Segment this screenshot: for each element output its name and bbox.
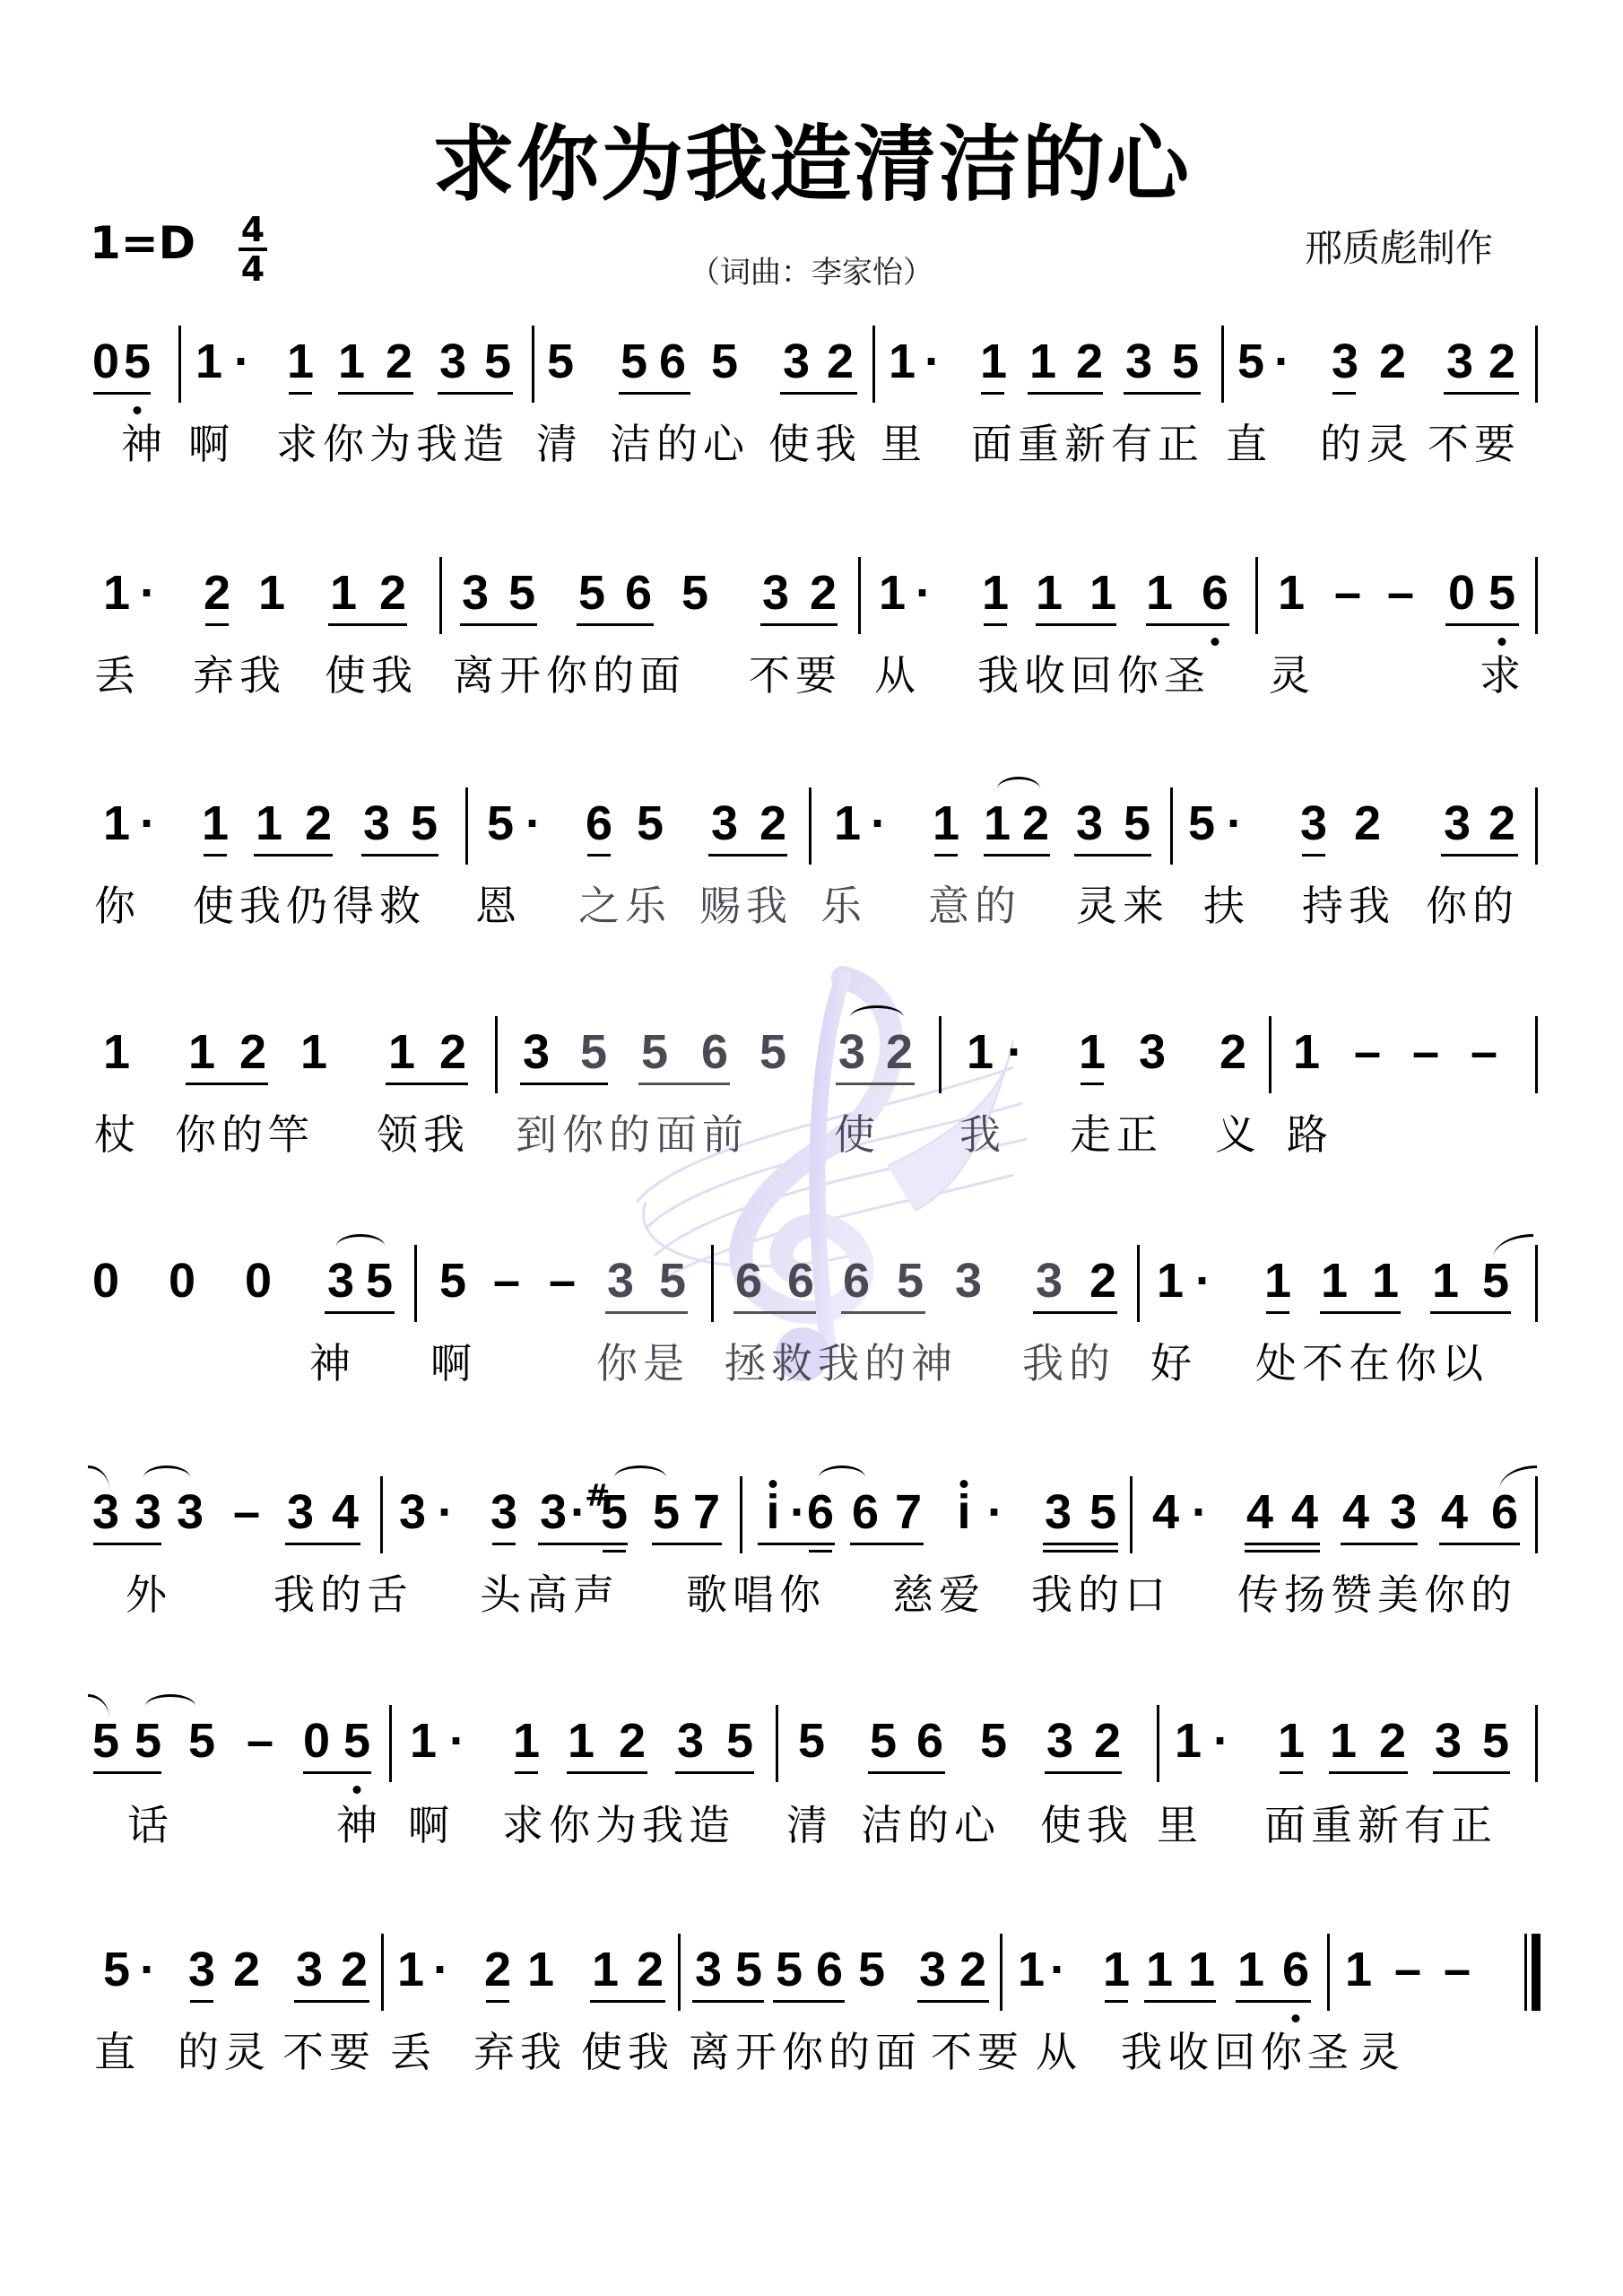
note: 3	[695, 1943, 722, 1996]
underline	[325, 1311, 395, 1314]
lyric: 求你为我造	[502, 1800, 735, 1850]
note: 3	[523, 1025, 550, 1079]
lyric: 丢	[390, 2027, 437, 2077]
note: 1	[1278, 566, 1305, 620]
lyric: 你是	[596, 1338, 690, 1388]
note: 1	[933, 796, 959, 850]
note: 6	[843, 1254, 870, 1308]
note: 5	[1482, 1714, 1509, 1768]
note: 2	[1089, 1254, 1116, 1308]
barline	[1535, 1705, 1538, 1782]
note: 3	[327, 1254, 354, 1308]
dot: ·	[140, 566, 156, 620]
note: 1	[1175, 1714, 1202, 1768]
underline	[1245, 1543, 1320, 1545]
barline	[178, 326, 181, 403]
note: 1	[1188, 1943, 1215, 1996]
note: 5	[188, 1714, 215, 1768]
lyric: 外	[126, 1570, 172, 1620]
note: 5	[637, 796, 664, 850]
note: 5	[124, 335, 151, 388]
dot: ·	[987, 1485, 1003, 1539]
dash: –	[493, 1254, 520, 1308]
underline	[460, 623, 537, 626]
underline	[984, 623, 1007, 626]
note: 5	[681, 566, 708, 620]
note: 5	[759, 1025, 786, 1079]
underline	[538, 1543, 628, 1545]
note: 1	[1293, 1025, 1320, 1079]
double-underline	[1245, 1550, 1320, 1552]
lyric: 持我	[1302, 881, 1395, 931]
note: 1	[1264, 1254, 1291, 1308]
note: 0	[303, 1714, 330, 1768]
lyric: 灵	[1269, 650, 1315, 700]
barline	[1535, 326, 1538, 403]
note: 2	[827, 335, 854, 388]
note: 0	[92, 335, 119, 388]
score-row-4: 1 1 2 1 1 2 3 5 5 6 5 3 2 1 · 1 3 2 1 – …	[0, 1025, 1623, 1205]
underline	[515, 1771, 538, 1774]
note: 2	[810, 566, 837, 620]
lyric: 神	[336, 1800, 383, 1850]
lyric: 求你为我造	[276, 419, 509, 469]
note: 3	[607, 1254, 634, 1308]
lyric: 直	[1226, 419, 1272, 469]
underline	[981, 392, 1004, 395]
lyric: 啊	[188, 419, 235, 469]
lyric: 使	[834, 1109, 881, 1160]
lyric: 的灵	[1320, 419, 1413, 469]
lyric: 到你的面前	[516, 1109, 749, 1160]
note: 1	[1321, 1254, 1348, 1308]
dot: ·	[871, 796, 887, 850]
note: 1	[1029, 335, 1056, 388]
note: 1	[1146, 1943, 1173, 1996]
note: 2	[439, 1025, 466, 1079]
note: 3	[955, 1254, 982, 1308]
underline	[1320, 1311, 1401, 1314]
note: 1	[258, 566, 285, 620]
note: 2	[759, 796, 786, 850]
note: 5	[711, 335, 738, 388]
underline	[205, 623, 229, 626]
note: 3	[1046, 1714, 1073, 1768]
underline	[836, 1083, 915, 1085]
note: 5	[653, 1485, 680, 1539]
low-octave-dot	[353, 1786, 361, 1794]
note: 2	[379, 566, 406, 620]
note: 2	[1354, 796, 1381, 850]
note: 1	[195, 335, 222, 388]
dot: ·	[1274, 335, 1290, 388]
lyric: 使我	[581, 2027, 674, 2077]
underline	[328, 623, 407, 626]
underline	[1045, 1771, 1122, 1774]
note: 1	[1103, 1943, 1130, 1996]
lyric: 不要	[749, 650, 842, 700]
note: 3	[490, 1485, 517, 1539]
lyric: 我的口	[1031, 1570, 1171, 1620]
lyric: 你的	[1426, 881, 1519, 931]
lyric: 离开你的面	[453, 650, 686, 700]
barline	[776, 1705, 778, 1782]
underline	[93, 392, 151, 395]
lyric: 洁的心	[610, 419, 750, 469]
note: 3	[677, 1714, 704, 1768]
note: 3	[1045, 1485, 1072, 1539]
dash: –	[1471, 1025, 1497, 1079]
lyric: 不要	[1428, 419, 1521, 469]
barline	[380, 1476, 383, 1553]
underline	[1430, 1311, 1511, 1314]
note: 2	[619, 1714, 646, 1768]
note: 5	[798, 1714, 825, 1768]
note: 1	[1157, 1254, 1184, 1308]
dot: ·	[140, 796, 156, 850]
note: 2	[959, 1943, 986, 1996]
underline	[520, 1083, 608, 1085]
dot: ·	[1007, 1025, 1023, 1079]
underline	[1433, 1771, 1510, 1774]
dot: ·	[1192, 1485, 1208, 1539]
note: 2	[886, 1025, 913, 1079]
lyric: 头高声	[480, 1570, 620, 1620]
note: 1	[1432, 1254, 1459, 1308]
note: 4	[1246, 1485, 1273, 1539]
note: 2	[204, 566, 230, 620]
note: 5	[103, 1943, 130, 1996]
lyric: 弃我	[473, 2027, 567, 2077]
lyric: 从	[1036, 2027, 1082, 2077]
note: 3	[838, 1025, 865, 1079]
barline	[1137, 1245, 1140, 1322]
note: 6	[916, 1714, 943, 1768]
note: 3	[296, 1943, 323, 1996]
dot: ·	[438, 1485, 454, 1539]
underline	[708, 854, 787, 857]
lyric: 赐我	[699, 881, 793, 931]
barline	[1255, 557, 1258, 634]
note: 2	[1488, 335, 1515, 388]
note: 5	[870, 1714, 897, 1768]
note: 6	[1491, 1485, 1518, 1539]
slur	[1499, 1465, 1537, 1490]
note: 1	[330, 566, 357, 620]
double-underline	[603, 1550, 626, 1552]
underline	[577, 623, 654, 626]
underline	[638, 1083, 730, 1085]
note: 1	[287, 335, 314, 388]
note: 5	[601, 1485, 628, 1539]
underline	[675, 1771, 754, 1774]
note: 5	[1124, 796, 1150, 850]
note: 5	[484, 335, 511, 388]
note: 1	[1278, 1714, 1305, 1768]
note: 5	[726, 1714, 753, 1768]
underline	[1441, 854, 1518, 857]
note: 7	[693, 1485, 720, 1539]
note: 4	[1342, 1485, 1369, 1539]
note: 1	[410, 1714, 437, 1768]
lyric: 乐	[820, 881, 867, 931]
underline	[605, 1311, 688, 1314]
lyric: 弃我	[193, 650, 286, 700]
lyric: 使我	[768, 419, 862, 469]
lyric: 我	[959, 1109, 1006, 1160]
score-row-7: 5 5 5 – 0 5 1 · 1 1 2 3 5 5 5 6 5 3 2 1 …	[0, 1714, 1623, 1893]
note: 1	[513, 1714, 540, 1768]
barline	[1327, 1934, 1330, 2011]
note: 5	[1237, 335, 1264, 388]
low-octave-dot	[1211, 638, 1219, 646]
time-numerator: 4	[241, 210, 265, 249]
dash: –	[549, 1254, 576, 1308]
underline	[587, 854, 611, 857]
note: 1	[834, 796, 861, 850]
note: 5	[135, 1714, 161, 1768]
dash: –	[1412, 1025, 1439, 1079]
barline	[414, 1245, 417, 1322]
underline	[868, 1771, 945, 1774]
lyric: 神	[121, 419, 168, 469]
note: 5	[578, 566, 605, 620]
barline	[1535, 557, 1538, 634]
lyric: 清	[786, 1800, 833, 1850]
note: 2	[1076, 335, 1103, 388]
underline	[841, 1311, 925, 1314]
note: 3	[1125, 335, 1152, 388]
lyric: 面重新有正	[1264, 1800, 1497, 1850]
slur	[336, 1234, 385, 1258]
note: 2	[305, 796, 332, 850]
underline	[733, 1311, 816, 1314]
note: 2	[1379, 335, 1406, 388]
lyric: 丢	[94, 650, 141, 700]
underline	[1444, 392, 1519, 395]
underline	[486, 2000, 509, 2003]
lyric: 不要	[931, 2027, 1024, 2077]
note: 6	[735, 1254, 762, 1308]
barline	[389, 1705, 392, 1782]
underline	[190, 2000, 213, 2003]
high-octave-dot	[960, 1480, 968, 1488]
score-row-3: 1 · 1 1 2 3 5 5 · 6 5 3 2 1 · 1 1 2 3 5 …	[0, 796, 1623, 976]
note: 3	[1435, 1714, 1462, 1768]
underline	[917, 2000, 989, 2003]
note: 3	[92, 1485, 119, 1539]
underline	[361, 854, 438, 857]
note: 4	[332, 1485, 359, 1539]
note: 1	[980, 335, 1007, 388]
underline	[1439, 1543, 1520, 1545]
underline	[492, 1543, 516, 1545]
dash: –	[233, 1485, 260, 1539]
underline	[1341, 1543, 1418, 1545]
underline	[438, 392, 513, 395]
note: 1	[103, 1025, 130, 1079]
underline	[1028, 392, 1103, 395]
lyric: 意的	[928, 881, 1021, 931]
note: 6	[807, 1485, 834, 1539]
note: 0	[1448, 566, 1475, 620]
note: 5	[897, 1254, 924, 1308]
note: 4	[1291, 1485, 1318, 1539]
dot: ·	[924, 335, 941, 388]
note: 3	[462, 566, 489, 620]
note: 5	[411, 796, 438, 850]
underline	[567, 1771, 647, 1774]
underline	[619, 392, 690, 395]
lyric: 离开你的面	[689, 2027, 922, 2077]
low-octave-dot	[134, 406, 142, 414]
note: 3	[711, 796, 738, 850]
note: 5	[1488, 566, 1515, 620]
note: 4	[1441, 1485, 1468, 1539]
underline	[1043, 1543, 1118, 1545]
lyric: 处不在你以	[1255, 1338, 1488, 1388]
lyric: 义	[1215, 1109, 1262, 1160]
lyric: 啊	[430, 1338, 477, 1388]
note: 1	[967, 1025, 994, 1079]
barline	[439, 557, 442, 634]
note: 4	[1152, 1485, 1179, 1539]
underline	[386, 1083, 468, 1085]
underline	[1302, 854, 1325, 857]
dash: –	[1444, 1943, 1471, 1996]
underline	[773, 2000, 845, 2003]
dot: ·	[790, 1485, 806, 1539]
barline	[1535, 1476, 1538, 1553]
note: 1	[982, 566, 1009, 620]
note: 2	[341, 1943, 368, 1996]
barline	[711, 1245, 714, 1322]
note: 3	[399, 1485, 426, 1539]
barline	[809, 787, 811, 865]
underline	[758, 1543, 835, 1545]
note: 3	[363, 796, 390, 850]
double-underline	[809, 1550, 832, 1552]
note: 6	[1202, 566, 1228, 620]
note: 1	[388, 1025, 415, 1079]
dash: –	[1394, 1943, 1421, 1996]
note: 5	[858, 1943, 885, 1996]
lyric: 洁的心	[861, 1800, 1001, 1850]
underline	[692, 2000, 764, 2003]
note: 1	[338, 335, 365, 388]
note: 6	[659, 335, 686, 388]
lyric: 神	[309, 1338, 356, 1388]
maker-credit: 邢质彪制作	[1305, 219, 1493, 273]
note: 3	[1076, 796, 1103, 850]
note: 2	[484, 1943, 511, 1996]
note: 1	[397, 1943, 424, 1996]
note: 6	[816, 1943, 843, 1996]
note: 1	[1345, 1943, 1372, 1996]
lyric: 传扬赞美你的	[1237, 1570, 1517, 1620]
underline	[1445, 623, 1519, 626]
double-underline	[1043, 1550, 1118, 1552]
lyric: 你的竿	[175, 1109, 315, 1160]
barline	[495, 1016, 498, 1093]
note: 5	[1172, 335, 1199, 388]
lyric: 清	[536, 419, 583, 469]
score-row-2: 1 · 2 1 1 2 3 5 5 6 5 3 2 1 · 1 1 1 1 6 …	[0, 566, 1623, 745]
barline	[532, 326, 534, 403]
note: 5	[1482, 1254, 1509, 1308]
underline	[204, 854, 227, 857]
underline	[1329, 1771, 1408, 1774]
note: 0	[92, 1254, 119, 1308]
note: 1	[1018, 1943, 1045, 1996]
barline	[1000, 1934, 1002, 2011]
dash: –	[247, 1714, 273, 1768]
lyric: 我收回你圣	[1121, 2027, 1354, 2077]
dot: ·	[1227, 796, 1243, 850]
note: 6	[701, 1025, 728, 1079]
underline	[338, 392, 413, 395]
note: 2	[1219, 1025, 1246, 1079]
lyric: 使我	[1040, 1800, 1133, 1850]
note: 1	[256, 796, 282, 850]
note: 1	[1089, 566, 1116, 620]
note: 1	[103, 566, 130, 620]
dot: ·	[1195, 1254, 1211, 1308]
note: 1	[1237, 1943, 1264, 1996]
lyric: 之乐	[578, 881, 672, 931]
underline	[186, 1083, 268, 1085]
slur	[850, 1005, 904, 1030]
lyric: 你	[94, 881, 141, 931]
note: 2	[233, 1943, 260, 1996]
note: 1	[984, 796, 1011, 850]
note: 1	[300, 1025, 327, 1079]
note: 5	[659, 1254, 686, 1308]
lyric: 我的舌	[273, 1570, 413, 1620]
underline	[984, 854, 1050, 857]
note: 1	[1372, 1254, 1399, 1308]
dot: ·	[525, 796, 542, 850]
score-row-8: 5 · 3 2 3 2 1 · 2 1 1 2 3 5 5 6 5 3 2 1 …	[0, 1943, 1623, 2122]
note: 3	[177, 1485, 204, 1539]
barline	[1269, 1016, 1271, 1093]
underline	[1036, 623, 1116, 626]
lyric: 灵来	[1076, 881, 1169, 931]
lyric: 使我仍得救	[193, 881, 426, 931]
note: 3	[439, 335, 466, 388]
lyric: 我的	[1022, 1338, 1115, 1388]
barline	[465, 787, 468, 865]
underline	[1081, 1083, 1104, 1085]
note: 5	[547, 335, 574, 388]
lyric: 杖	[94, 1109, 141, 1160]
note: 1	[1079, 1025, 1106, 1079]
note: 2	[386, 335, 412, 388]
underline	[1033, 1311, 1117, 1314]
lyric: 从	[874, 650, 921, 700]
barline	[740, 1476, 742, 1553]
dash: –	[1334, 566, 1361, 620]
note: 2	[1488, 796, 1515, 850]
underline	[934, 854, 958, 857]
slur	[1493, 1234, 1533, 1258]
underline	[1074, 854, 1151, 857]
barline	[1130, 1476, 1133, 1553]
lyric: 扶	[1203, 881, 1250, 931]
note: 6	[625, 566, 652, 620]
underline	[93, 1771, 161, 1774]
note: 3	[287, 1485, 314, 1539]
